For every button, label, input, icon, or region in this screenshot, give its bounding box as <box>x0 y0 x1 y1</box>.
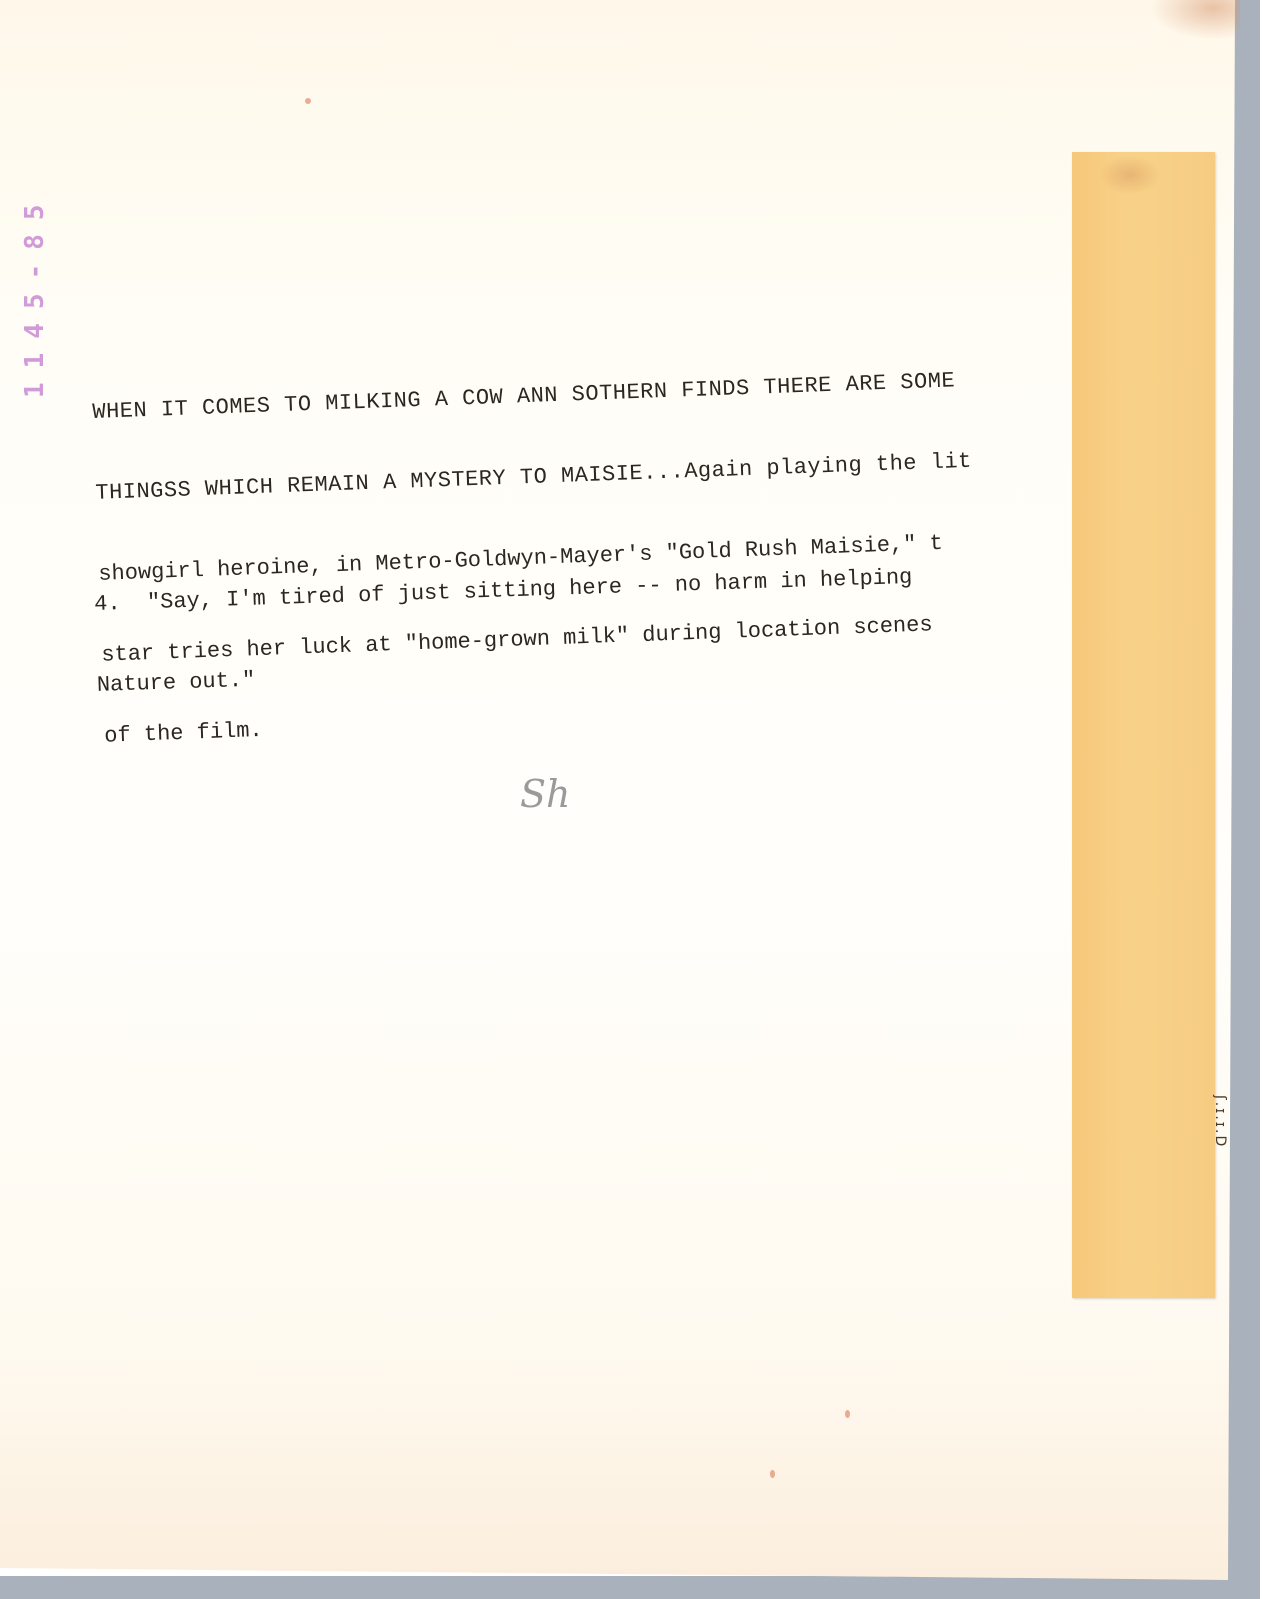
scan-background-bottom <box>0 1576 1260 1599</box>
foxing-spot <box>770 1470 775 1478</box>
adhesive-tape-strip <box>1072 152 1215 1298</box>
tape-handwriting: ʃ.ɪ.ɪ.D <box>1212 1095 1228 1148</box>
scan-margin-right <box>1260 0 1271 1599</box>
quote-line: 4. "Say, I'm tired of just sitting here … <box>94 558 1094 618</box>
foxing-spot <box>305 98 311 104</box>
paper-sheet <box>0 0 1235 1580</box>
inventory-stamp: 1145-85 <box>20 190 50 398</box>
quote-line: Nature out." <box>96 639 1096 699</box>
caption-line: THINGSS WHICH REMAIN A MYSTERY TO MAISIE… <box>95 443 1095 507</box>
corner-stain <box>1150 0 1240 40</box>
foxing-spot <box>845 1410 850 1418</box>
caption-line: WHEN IT COMES TO MILKING A COW ANN SOTHE… <box>92 362 1092 426</box>
tape-stain <box>1100 155 1160 195</box>
still-quote: 4. "Say, I'm tired of just sitting here … <box>92 504 1098 726</box>
handwritten-initials: Sh <box>520 772 571 816</box>
